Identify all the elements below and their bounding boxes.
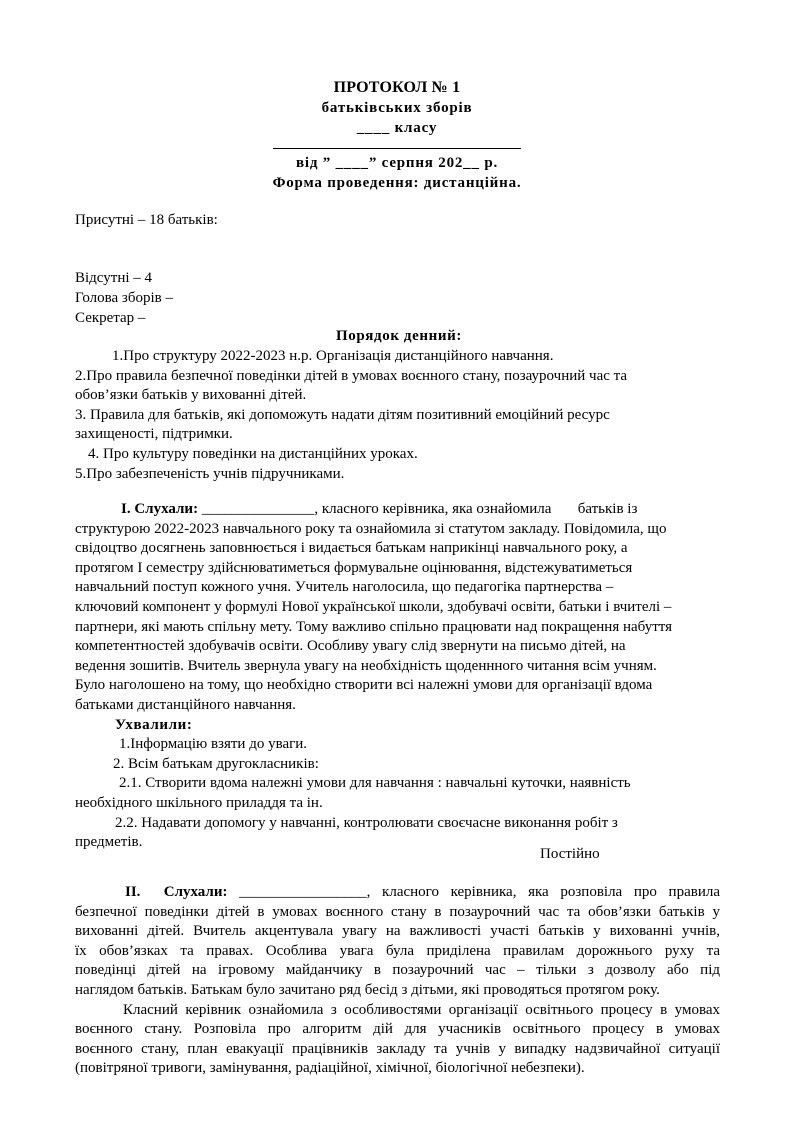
- section-1-text: структурою 2022-2023 навчального року та…: [75, 520, 720, 540]
- section-2-paragraph: (повітряної тривоги, замінування, радіац…: [75, 1059, 720, 1079]
- section-2-text: поведінці дітей на ігровому майданчику в…: [75, 961, 720, 981]
- resolved-label: Ухвалили:: [75, 716, 720, 736]
- speaker-blank: _______________: [202, 501, 315, 517]
- section-1-text: , класного керівника, яка ознайомила бат…: [314, 501, 637, 517]
- resolution-item-cont: предметів.: [75, 833, 720, 853]
- section-2-paragraph: Класний керівник ознайомила з особливост…: [75, 1001, 720, 1021]
- section-1-label: І. Слухали:: [121, 501, 198, 517]
- speaker-blank: _________________: [239, 884, 367, 900]
- agenda-list: 1.Про структуру 2022-2023 н.р. Організац…: [75, 347, 720, 484]
- section-1-text: Було наголошено на тому, що необхідно ст…: [75, 676, 720, 696]
- section-1-text: ведення зошитів. Вчитель звернула увагу …: [75, 657, 720, 677]
- agenda-item-cont: захищеності, підтримки.: [75, 425, 720, 445]
- resolution-item: 2.1. Створити вдома належні умови для на…: [75, 774, 720, 794]
- date-line: від ” ____” серпня 202__ р.: [0, 155, 794, 172]
- section-1-text: свідоцтво досягнень заповнюється і видає…: [75, 539, 720, 559]
- agenda-item: 5.Про забезпеченість учнів підручниками.: [75, 465, 720, 485]
- agenda-item: 3. Правила для батьків, які допоможуть н…: [75, 406, 720, 426]
- section-2: ІІ. Слухали: _________________, класного…: [75, 883, 720, 1079]
- chair-line: Голова зборів –: [75, 290, 173, 307]
- present-count: Присутні – 18 батьків:: [75, 212, 218, 229]
- section-1-text: батьками дистанційного навчання.: [75, 696, 720, 716]
- section-2-paragraph: воєнного стану. Розповіла про алгоритм д…: [75, 1020, 720, 1040]
- resolution-deadline: Постійно: [540, 846, 600, 863]
- class-line: ____ класу: [0, 120, 794, 137]
- section-2-text: безпечної поведінки дітей в умовах воєнн…: [75, 903, 720, 923]
- section-2-label: ІІ. Слухали:: [125, 884, 227, 900]
- resolution-item-cont: необхідного шкільного приладдя та ін.: [75, 794, 720, 814]
- agenda-heading: Порядок денний:: [336, 328, 462, 345]
- resolution-item: 2. Всім батькам другокласників:: [75, 755, 720, 775]
- section-2-text: наглядом батьків. Батькам було зачитано …: [75, 981, 720, 1001]
- section-1-text: навчальний поступ кожного учня. Учитель …: [75, 578, 720, 598]
- resolution-item: 2.2. Надавати допомогу у навчанні, контр…: [75, 814, 720, 834]
- meeting-form: Форма проведення: дистанційна.: [0, 175, 794, 192]
- section-1-text: протягом І семестру здійснюватиметься фо…: [75, 559, 720, 579]
- agenda-item: 2.Про правила безпечної поведінки дітей …: [75, 367, 720, 387]
- document-title: ПРОТОКОЛ № 1: [0, 79, 794, 97]
- section-2-text: , класного керівника, яка розповіла про …: [367, 884, 720, 900]
- secretary-line: Секретар –: [75, 310, 145, 327]
- agenda-item: 4. Про культуру поведінки на дистанційни…: [75, 445, 720, 465]
- section-1-text: компетентностей здобувачів освіти. Особл…: [75, 637, 720, 657]
- section-2-paragraph: воєнного стану, план евакуації працівник…: [75, 1040, 720, 1060]
- header-divider: [273, 148, 521, 149]
- document-subtitle: батьківських зборів: [0, 100, 794, 117]
- resolution-item: 1.Інформацію взяти до уваги.: [75, 735, 720, 755]
- agenda-item-cont: обов’язки батьків у вихованні дітей.: [75, 386, 720, 406]
- agenda-item: 1.Про структуру 2022-2023 н.р. Організац…: [75, 347, 720, 367]
- section-2-text: вихованні дітей. Вчитель акцентувала ува…: [75, 922, 720, 942]
- absent-count: Відсутні – 4: [75, 270, 152, 287]
- section-2-text: їх обов’язках та правах. Особлива увага …: [75, 942, 720, 962]
- section-1-text: партнери, які мають спільну мету. Тому в…: [75, 618, 720, 638]
- section-1-text: ключовий компонент у формулі Нової украї…: [75, 598, 720, 618]
- section-1: І. Слухали: _______________, класного ке…: [75, 500, 720, 853]
